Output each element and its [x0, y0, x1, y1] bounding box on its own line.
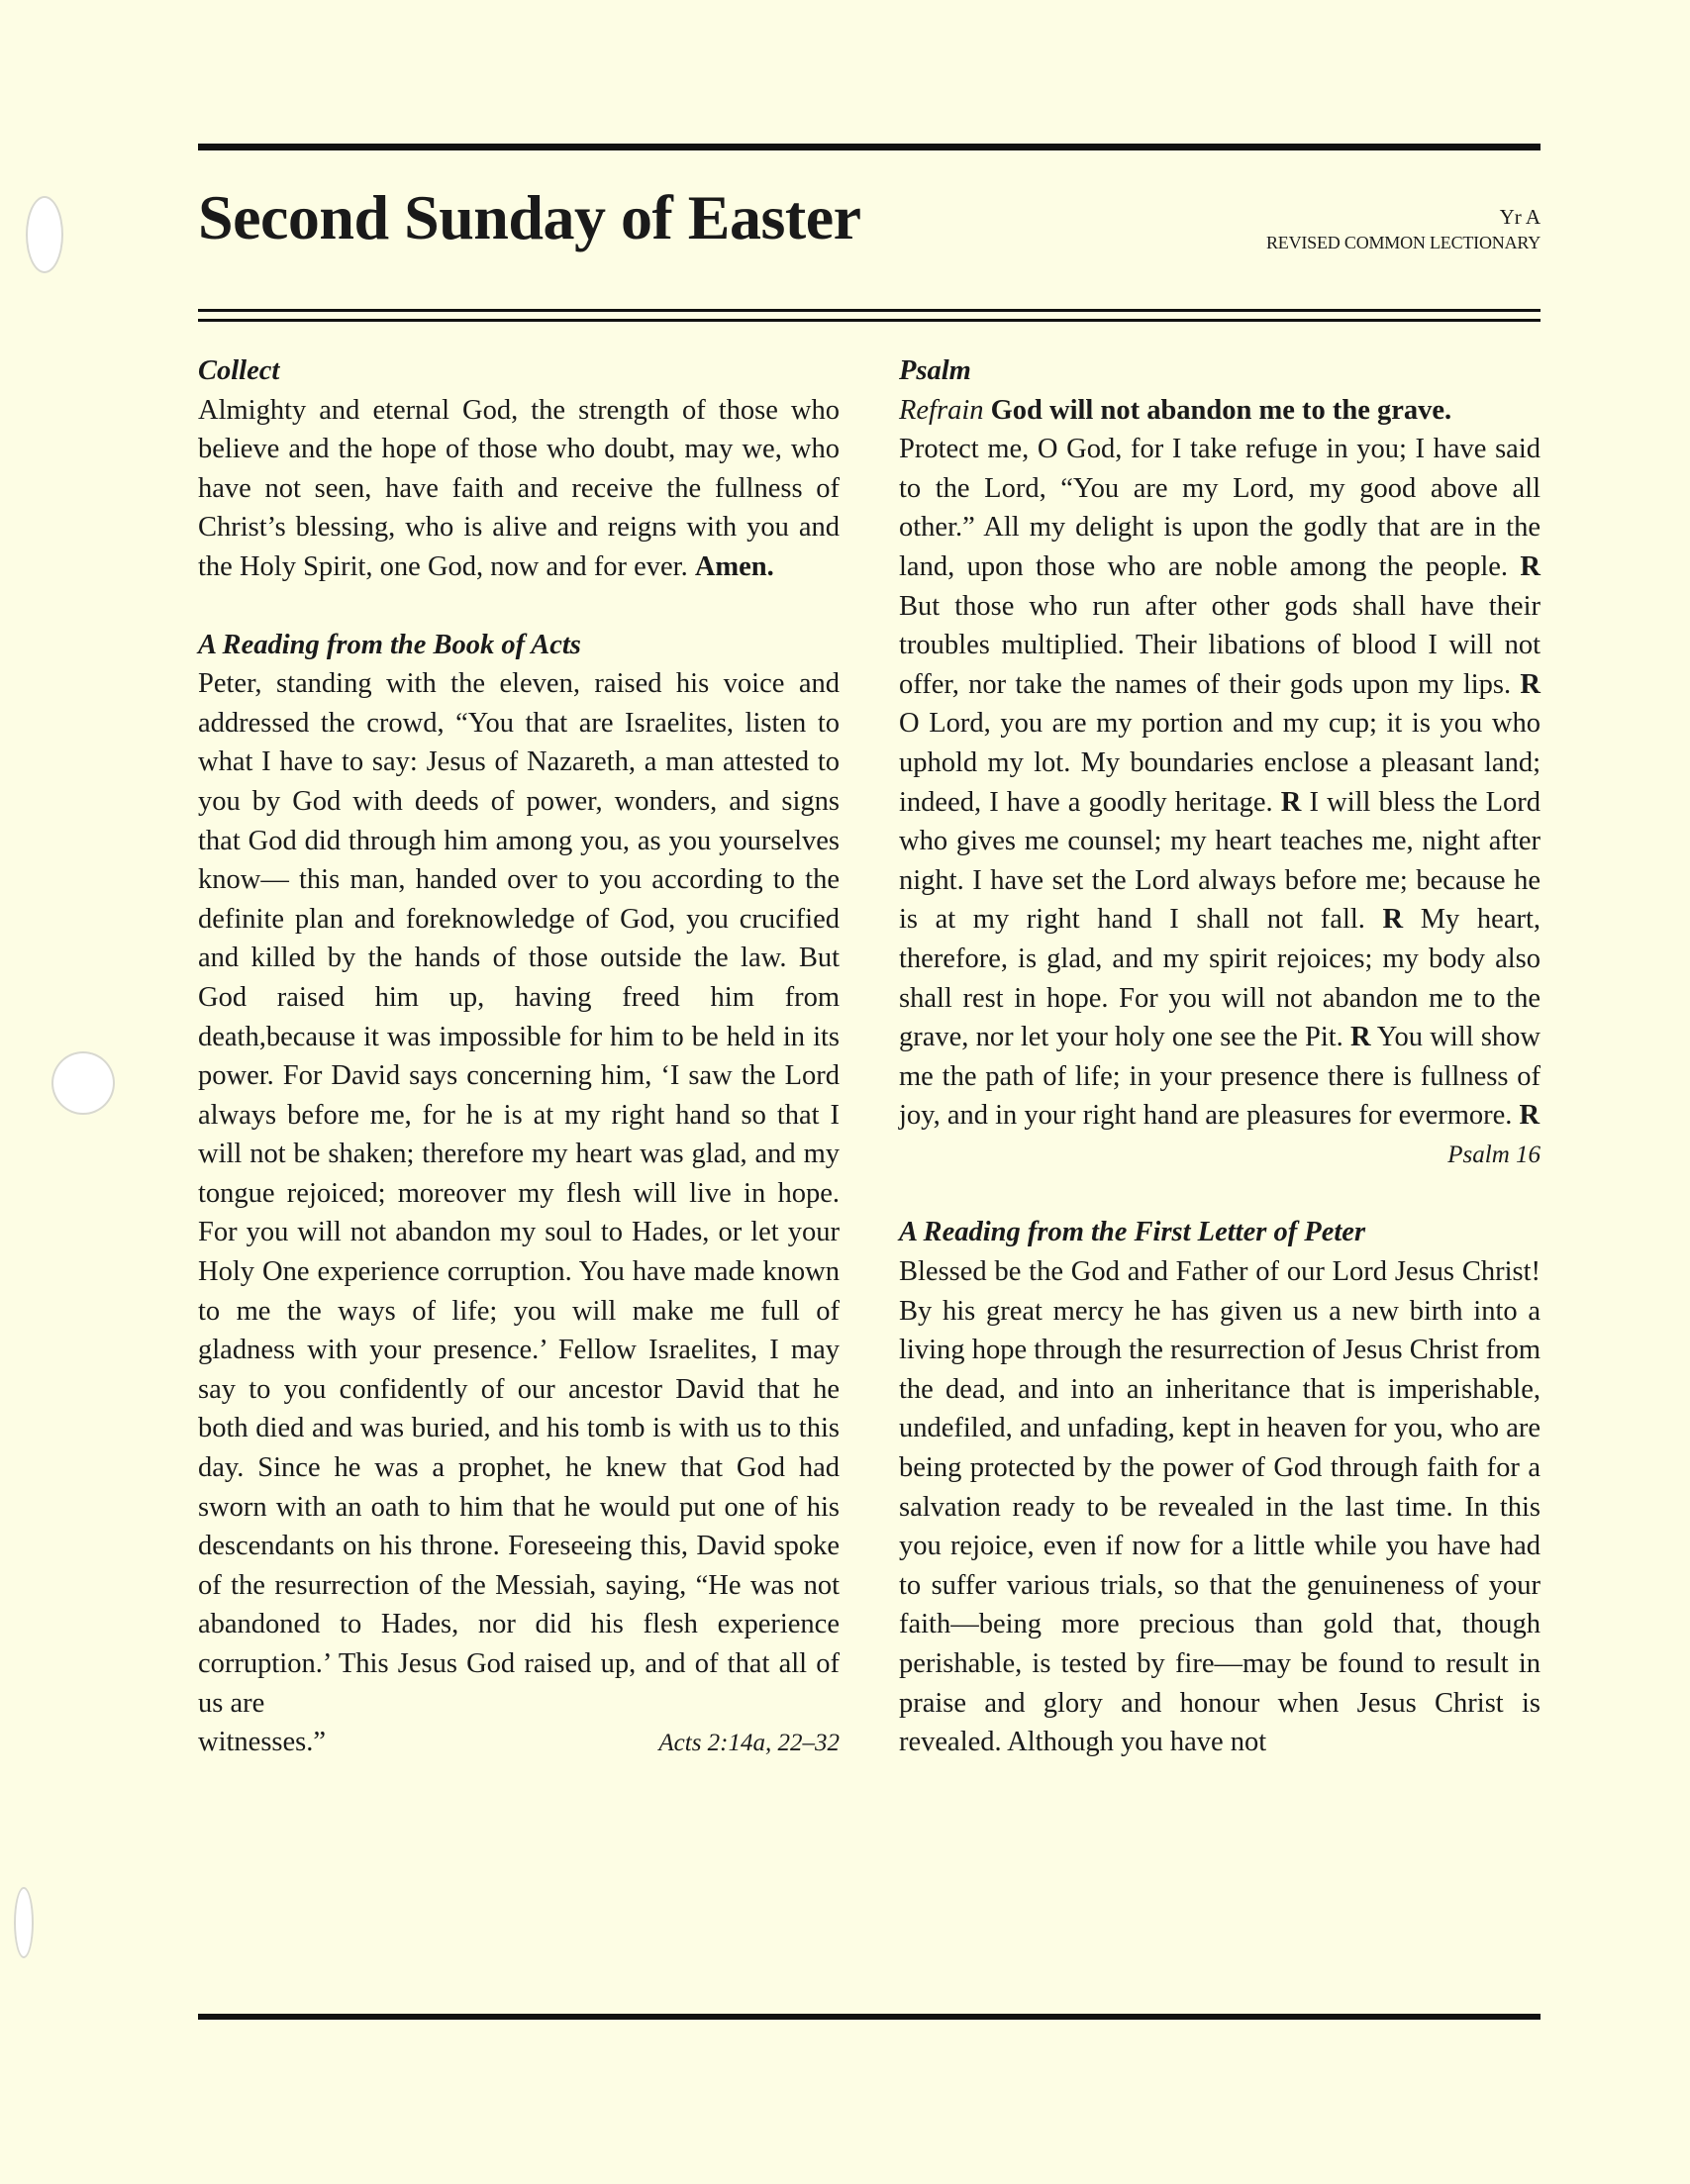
page-title: Second Sunday of Easter: [198, 186, 861, 249]
response-marker: R: [1520, 1100, 1541, 1131]
refrain-label: Refrain: [899, 395, 984, 426]
right-column: Psalm Refrain God will not abandon me to…: [899, 351, 1541, 1801]
peter-section: A Reading from the First Letter of Peter…: [899, 1213, 1541, 1761]
acts-last-word: witnesses.”: [198, 1723, 326, 1762]
year-label: Yr A: [1266, 204, 1541, 230]
footer-rule: [198, 2014, 1541, 2020]
psalm-text: Protect me, O God, for I take refuge in …: [899, 430, 1541, 1136]
binder-hole-bottom: [14, 1887, 34, 1958]
psalm-section: Psalm Refrain God will not abandon me to…: [899, 351, 1541, 1174]
header-top-rule: [198, 144, 1541, 150]
response-marker: R: [1520, 551, 1541, 582]
lectionary-label: REVISED COMMON LECTIONARY: [1266, 230, 1541, 255]
left-column: Collect Almighty and eternal God, the st…: [198, 351, 840, 1802]
refrain-text: God will not abandon me to the grave.: [991, 395, 1452, 426]
psalm-refrain: Refrain God will not abandon me to the g…: [899, 391, 1541, 431]
acts-section: A Reading from the Book of Acts Peter, s…: [198, 626, 840, 1763]
response-marker: R: [1520, 669, 1541, 700]
lectionary-info: Yr A REVISED COMMON LECTIONARY: [1266, 204, 1541, 255]
acts-reference: Acts 2:14a, 22–32: [658, 1724, 840, 1763]
response-marker: R: [1350, 1022, 1371, 1052]
psalm-reference: Psalm 16: [899, 1136, 1541, 1175]
acts-last-line: witnesses.” Acts 2:14a, 22–32: [198, 1723, 840, 1763]
collect-heading: Collect: [198, 351, 840, 391]
amen: Amen.: [695, 551, 774, 582]
binder-hole-middle: [51, 1051, 115, 1115]
binder-hole-top: [26, 196, 63, 273]
collect-text: Almighty and eternal God, the strength o…: [198, 391, 840, 587]
response-marker: R: [1281, 787, 1302, 818]
peter-text: Blessed be the God and Father of our Lor…: [899, 1252, 1541, 1762]
header-double-rule-lower: [198, 319, 1541, 322]
acts-heading: A Reading from the Book of Acts: [198, 626, 840, 665]
response-marker: R: [1383, 904, 1404, 935]
psalm-heading: Psalm: [899, 351, 1541, 391]
acts-text: Peter, standing with the eleven, raised …: [198, 664, 840, 1723]
peter-heading: A Reading from the First Letter of Peter: [899, 1213, 1541, 1252]
collect-section: Collect Almighty and eternal God, the st…: [198, 351, 840, 587]
header-double-rule-upper: [198, 309, 1541, 312]
